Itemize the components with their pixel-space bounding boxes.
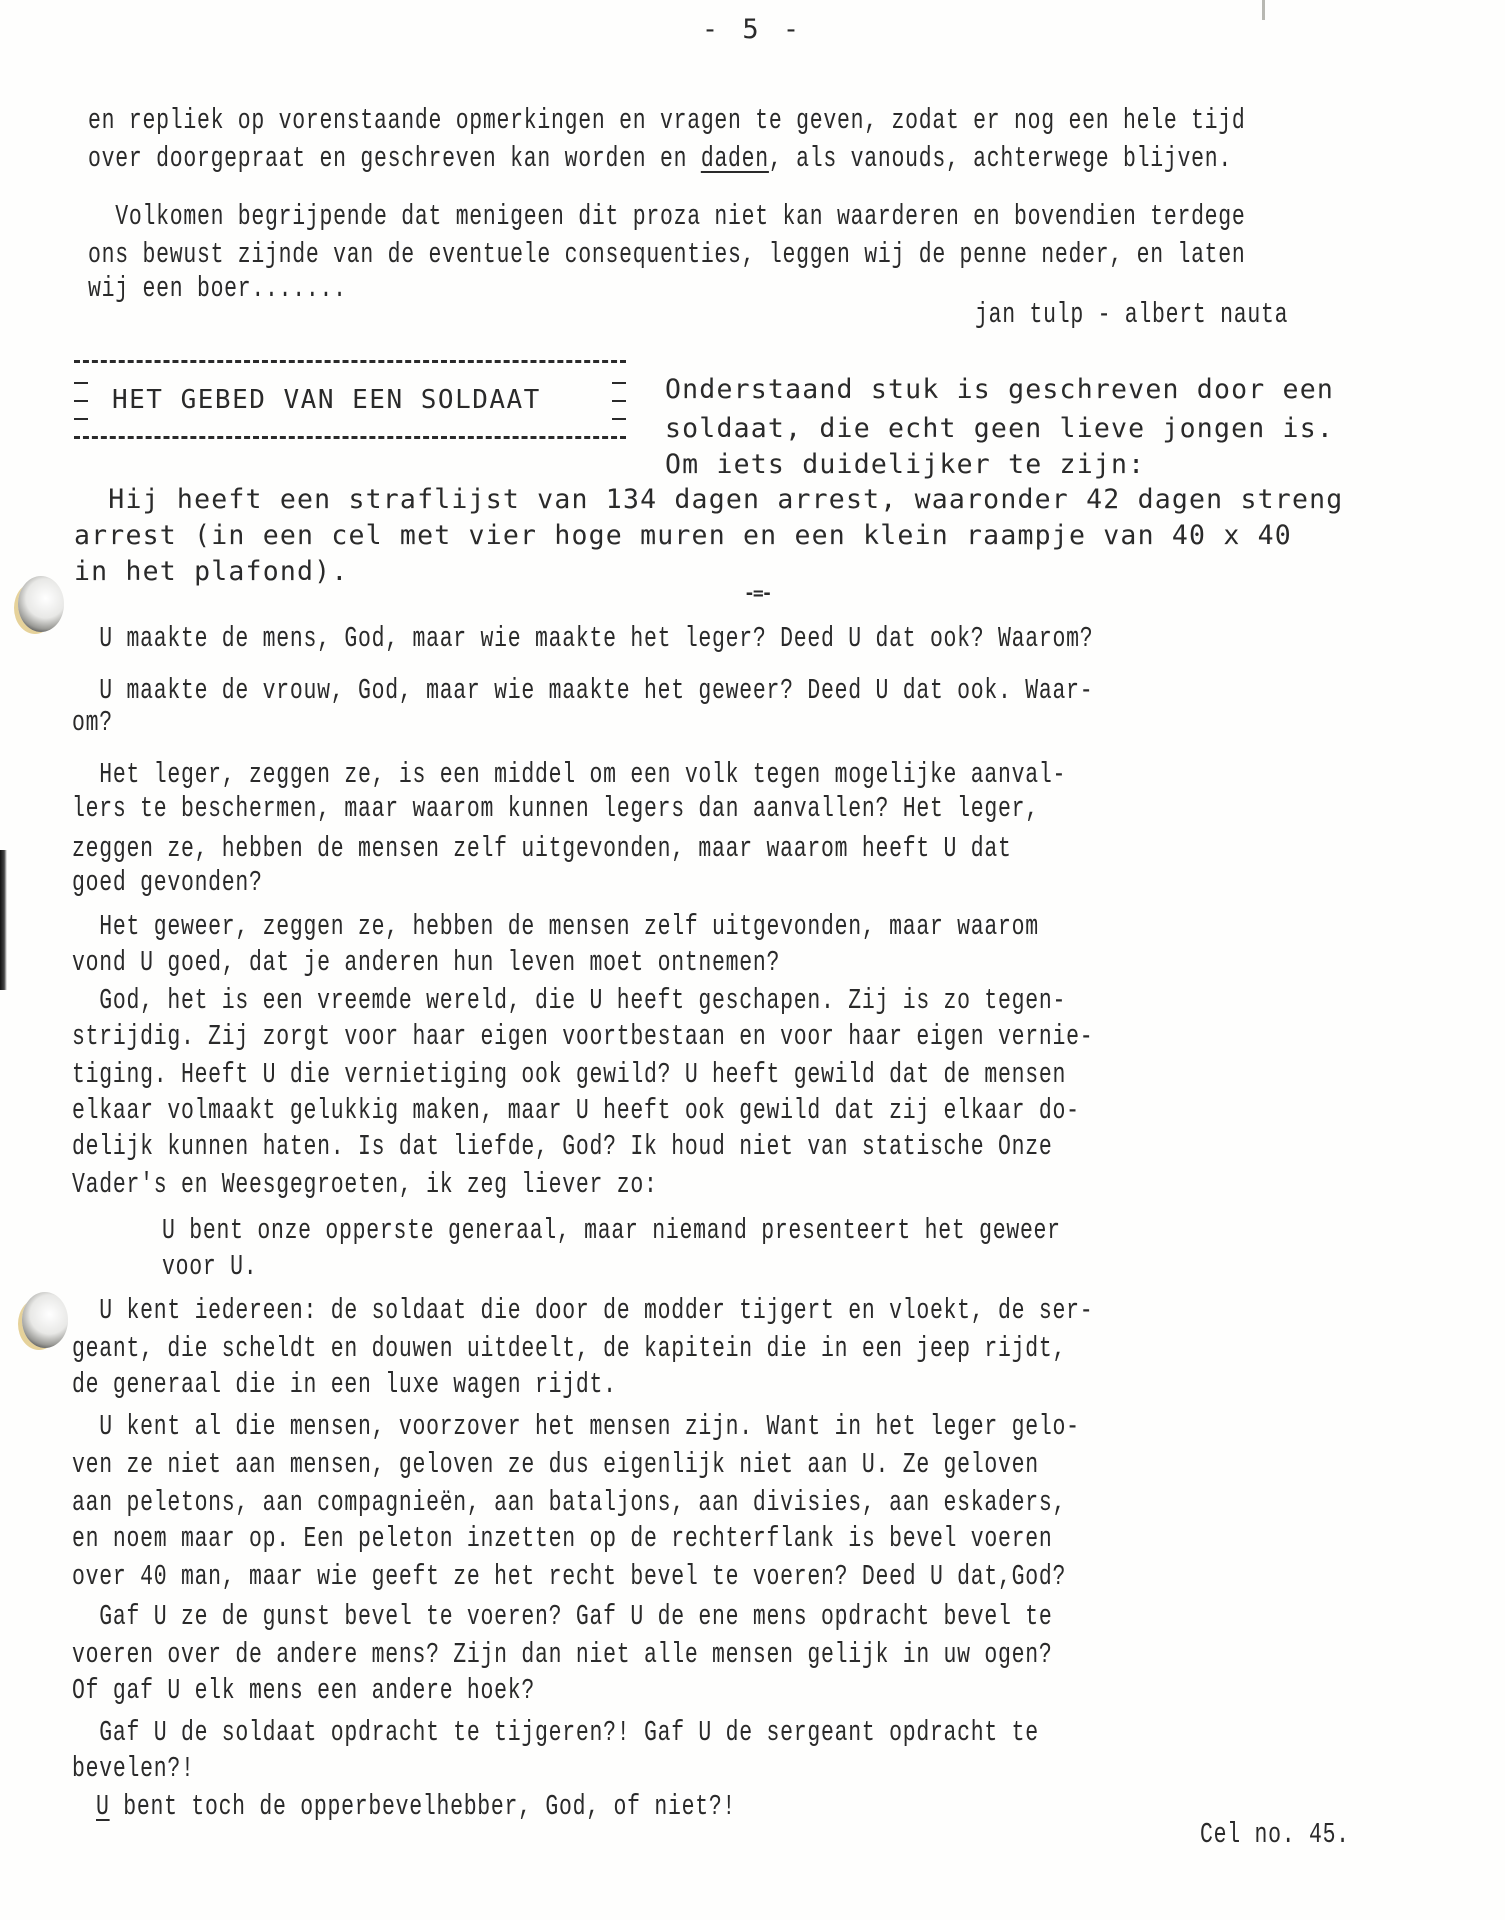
body-line: vond U goed, dat je anderen hun leven mo… <box>72 946 780 979</box>
closing-line: wij een boer....... <box>88 272 347 305</box>
article-intro-body: in het plafond). <box>74 556 348 587</box>
body-line: over 40 man, maar wie geeft ze het recht… <box>72 1560 1066 1593</box>
body-line: voeren over de andere mens? Zijn dan nie… <box>72 1638 1053 1671</box>
box-dash <box>612 400 626 402</box>
body-line: U maakte de mens, God, maar wie maakte h… <box>72 622 1093 655</box>
closing-line: ons bewust zijnde van de eventuele conse… <box>88 238 1246 271</box>
body-line: Of gaf U elk mens een andere hoek? <box>72 1674 535 1707</box>
body-line: strijdig. Zij zorgt voor haar eigen voor… <box>72 1020 1093 1053</box>
intro-signature: jan tulp - albert nauta <box>975 298 1288 331</box>
box-dash <box>612 382 626 384</box>
box-dash <box>612 418 626 420</box>
body-line: U kent al die mensen, voorzover het mens… <box>72 1410 1080 1443</box>
body-line: lers te beschermen, maar waarom kunnen l… <box>72 792 1039 825</box>
body-line: aan peletons, aan compagnieën, aan batal… <box>72 1486 1066 1519</box>
dashed-rule-top <box>74 360 626 363</box>
body-line: Gaf U de soldaat opdracht te tijgeren?! … <box>72 1716 1039 1749</box>
body-line: U kent iedereen: de soldaat die door de … <box>72 1294 1093 1327</box>
body-line: delijk kunnen haten. Is dat liefde, God?… <box>72 1130 1053 1163</box>
scan-edge-shadow <box>0 850 7 990</box>
body-line: Het leger, zeggen ze, is een middel om e… <box>72 758 1066 791</box>
closing-line: Volkomen begrijpende dat menigeen dit pr… <box>88 200 1246 233</box>
body-line: U maakte de vrouw, God, maar wie maakte … <box>72 674 1093 707</box>
intro-line: en repliek op vorenstaande opmerkingen e… <box>88 104 1246 137</box>
punch-hole-icon <box>18 576 64 632</box>
underlined-word: daden <box>701 142 769 175</box>
article-intro-side: soldaat, die echt geen lieve jongen is. <box>665 413 1334 444</box>
article-title-box: HET GEBED VAN EEN SOLDAAT <box>74 360 629 440</box>
body-line: U bent toch de opperbevelhebber, God, of… <box>96 1790 736 1823</box>
body-line: tiging. Heeft U die vernietiging ook gew… <box>72 1058 1066 1091</box>
dashed-rule-bottom <box>74 436 626 439</box>
body-line: geant, die scheldt en douwen uitdeelt, d… <box>72 1332 1066 1365</box>
box-dash <box>74 382 88 384</box>
body-line: goed gevonden? <box>72 866 263 899</box>
body-line: Vader's en Weesgegroeten, ik zeg liever … <box>72 1168 658 1201</box>
body-line: elkaar volmaakt gelukkig maken, maar U h… <box>72 1094 1080 1127</box>
underlined-word: U <box>96 1790 110 1823</box>
article-intro-body: arrest (in een cel met vier hoge muren e… <box>74 520 1292 551</box>
intro-line: over doorgepraat en geschreven kan worde… <box>88 142 1232 175</box>
body-line: God, het is een vreemde wereld, die U he… <box>72 984 1066 1017</box>
document-page: - 5 - en repliek op vorenstaande opmerki… <box>0 0 1505 1920</box>
body-line: de generaal die in een luxe wagen rijdt. <box>72 1368 617 1401</box>
body-line: zeggen ze, hebben de mensen zelf uitgevo… <box>72 832 1012 865</box>
section-separator: -=- <box>744 583 771 604</box>
body-line: Het geweer, zeggen ze, hebben de mensen … <box>72 910 1039 943</box>
box-dash <box>74 400 88 402</box>
body-quote-line: U bent onze opperste generaal, maar niem… <box>162 1214 1061 1247</box>
body-line: bevelen?! <box>72 1752 195 1785</box>
article-intro-side: Om iets duidelijker te zijn: <box>665 449 1145 480</box>
body-line: Gaf U ze de gunst bevel te voeren? Gaf U… <box>72 1600 1053 1633</box>
punch-hole-icon <box>22 1292 68 1348</box>
page-number: - 5 - <box>0 14 1505 45</box>
box-dash <box>74 418 88 420</box>
body-quote-line: voor U. <box>162 1250 257 1283</box>
article-intro-side: Onderstaand stuk is geschreven door een <box>665 374 1334 405</box>
body-line: en noem maar op. Een peleton inzetten op… <box>72 1522 1053 1555</box>
body-line: ven ze niet aan mensen, geloven ze dus e… <box>72 1448 1039 1481</box>
article-intro-body: Hij heeft een straflijst van 134 dagen a… <box>74 484 1343 515</box>
article-signature: Cel no. 45. <box>1200 1818 1350 1851</box>
article-title: HET GEBED VAN EEN SOLDAAT <box>112 385 541 415</box>
body-line: om? <box>72 706 113 739</box>
